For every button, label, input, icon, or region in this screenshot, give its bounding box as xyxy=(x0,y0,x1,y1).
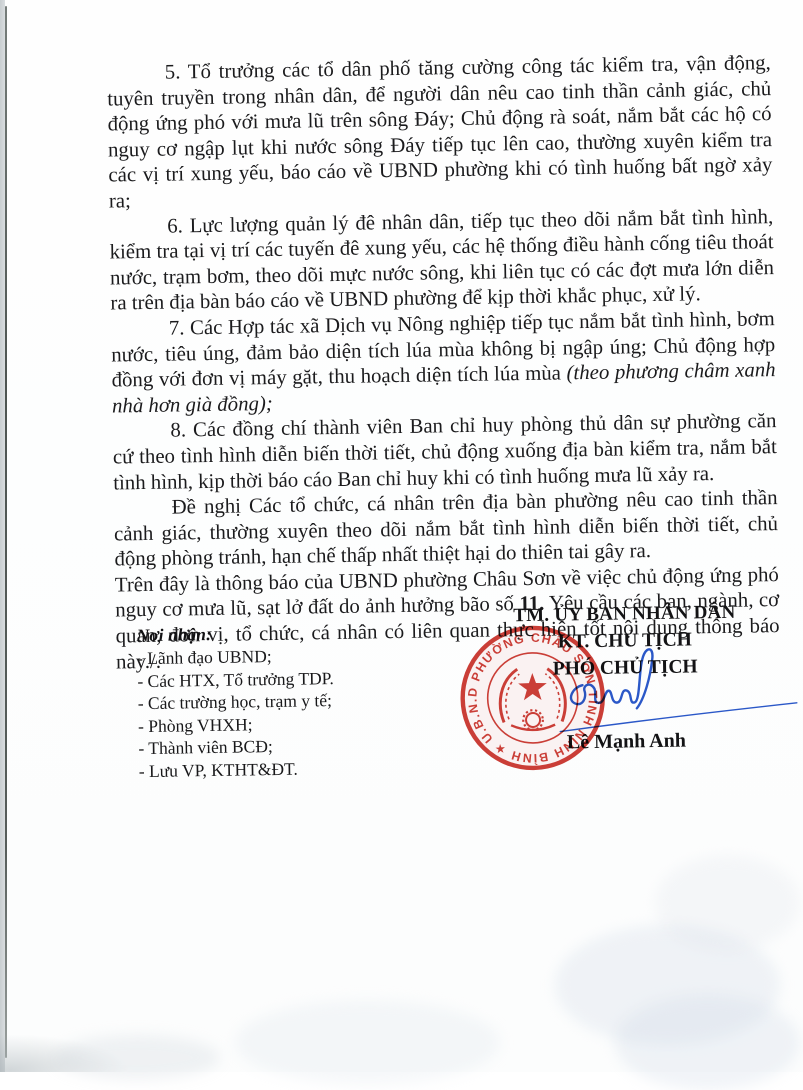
paragraph-8: 8. Các đồng chí thành viên Ban chỉ huy p… xyxy=(112,408,777,495)
recipients-block: Nơi nhận: - Lãnh đạo UBND; - Các HTX, Tổ… xyxy=(136,620,393,783)
recipient-item: - Lưu VP, KTHT&ĐT. xyxy=(139,756,394,783)
document-page: 5. Tổ trưởng các tổ dân phố tăng cường c… xyxy=(0,0,803,1072)
main-text-block: 5. Tổ trưởng các tổ dân phố tăng cường c… xyxy=(107,50,781,675)
closing-request-paragraph: Đề nghị Các tổ chức, cá nhân trên địa bà… xyxy=(113,485,778,572)
signature-scribble xyxy=(570,649,653,709)
paragraph-6: 6. Lực lượng quản lý đê nhân dân, tiếp t… xyxy=(109,204,775,317)
paragraph-7: 7. Các Hợp tác xã Dịch vụ Nông nghiệp ti… xyxy=(111,306,777,419)
handwritten-signature xyxy=(549,634,801,748)
paragraph-5: 5. Tổ trưởng các tổ dân phố tăng cường c… xyxy=(107,50,773,214)
signature-tail-line xyxy=(560,703,797,732)
document-content: 5. Tổ trưởng các tổ dân phố tăng cường c… xyxy=(0,0,803,1072)
